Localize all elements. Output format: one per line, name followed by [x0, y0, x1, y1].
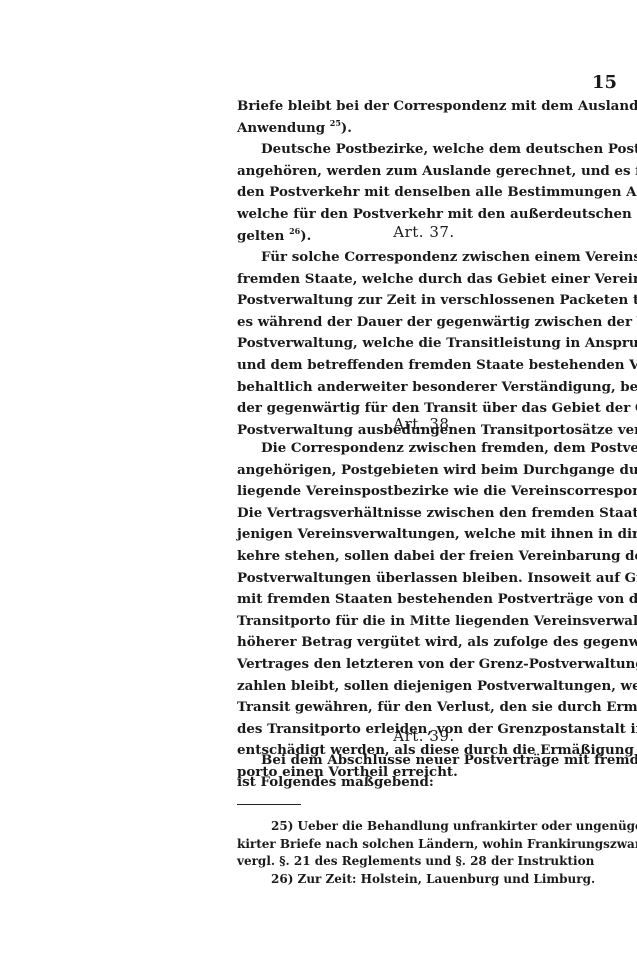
article-heading-38: Art. 38. — [237, 415, 611, 433]
text-line: behaltlich anderweiter besonderer Verstä… — [237, 377, 611, 399]
text-line: jenigen Vereinsverwaltungen, welche mit … — [237, 524, 611, 546]
text-line: angehörigen, Postgebieten wird beim Durc… — [237, 460, 611, 482]
article-heading-37: Art. 37. — [237, 223, 611, 241]
text-line: mit fremden Staaten bestehenden Postvert… — [237, 589, 611, 611]
footnote-ref[interactable]: 25 — [330, 118, 341, 128]
text-line: Für solche Correspondenz zwischen einem … — [237, 247, 611, 269]
text-line: höherer Betrag vergütet wird, als zufolg… — [237, 632, 611, 654]
page-number: 15 — [592, 72, 617, 93]
text-line: Die Vertragsverhältnisse zwischen den fr… — [237, 503, 611, 525]
text-line: Briefe bleibt bei der Correspondenz mit … — [237, 96, 611, 118]
footnote-divider — [237, 804, 301, 805]
text-line: ist Folgendes maßgebend: — [237, 772, 611, 794]
article-37-body: Für solche Correspondenz zwischen einem … — [237, 247, 611, 441]
text-line: zahlen bleibt, sollen diejenigen Postver… — [237, 676, 611, 698]
text-line: Vertrages den letzteren von der Grenz-Po… — [237, 654, 611, 676]
text-line: den Postverkehr mit denselben alle Besti… — [237, 182, 611, 204]
text-line: Transitporto für die in Mitte liegenden … — [237, 611, 611, 633]
text-line: Postverwaltungen überlassen bleiben. Ins… — [237, 568, 611, 590]
text-line: Bei dem Abschlusse neuer Postverträge mi… — [237, 750, 611, 772]
footnote-25: 25) Ueber die Behandlung unfrankirter od… — [237, 818, 611, 836]
article-39-body: Bei dem Abschlusse neuer Postverträge mi… — [237, 750, 611, 793]
text-fragment: Anwendung — [237, 120, 325, 136]
text-line: Deutsche Postbezirke, welche dem deutsch… — [237, 139, 611, 161]
text-line: liegende Vereinspostbezirke wie die Vere… — [237, 481, 611, 503]
text-line: Die Correspondenz zwischen fremden, dem … — [237, 438, 611, 460]
document-page: 15 Briefe bleibt bei der Correspondenz m… — [0, 0, 637, 960]
footnote-26: 26) Zur Zeit: Holstein, Lauenburg und Li… — [237, 871, 611, 889]
footnote-25-cont: kirter Briefe nach solchen Ländern, wohi… — [237, 836, 611, 854]
article-heading-39: Art. 39. — [237, 727, 611, 745]
text-line: Anwendung 25). — [237, 118, 611, 140]
text-fragment: ). — [341, 120, 352, 136]
text-line: und dem betreffenden fremden Staate best… — [237, 355, 611, 377]
footnote-25-cont: vergl. §. 21 des Reglements und §. 28 de… — [237, 853, 611, 871]
text-line: Transit gewähren, für den Verlust, den s… — [237, 697, 611, 719]
text-line: Postverwaltung zur Zeit in verschlossene… — [237, 290, 611, 312]
text-line: kehre stehen, sollen dabei der freien Ve… — [237, 546, 611, 568]
text-line: angehören, werden zum Auslande gerechnet… — [237, 161, 611, 183]
text-line: es während der Dauer der gegenwärtig zwi… — [237, 312, 611, 334]
text-line: Postverwaltung, welche die Transitleistu… — [237, 333, 611, 355]
text-line: fremden Staate, welche durch das Gebiet … — [237, 269, 611, 291]
footnotes: 25) Ueber die Behandlung unfrankirter od… — [237, 818, 611, 888]
